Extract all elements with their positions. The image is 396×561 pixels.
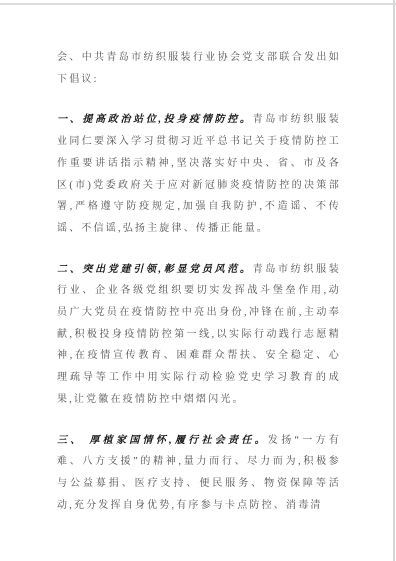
page-top-edge xyxy=(0,3,396,5)
paragraph-1-heading: 一、提高政治站位,投身疫情防控。 xyxy=(57,114,253,125)
document-content: 会、中共青岛市纺织服装行业协会党支部联合发出如下倡议: 一、提高政治站位,投身疫… xyxy=(57,47,341,516)
paragraph-2-heading: 二、突出党建引领,彰显党员风范。 xyxy=(57,264,253,275)
paragraph-1-body: 青岛市纺织服装业同仁要深入学习贯彻习近平总书记关于疫情防控工作重要讲话指示精神,… xyxy=(57,114,341,234)
paragraph-2-body: 青岛市纺织服装行业、企业各级党组织要切实发挥战斗堡垒作用,动员广大党员在疫情防控… xyxy=(57,264,341,405)
paragraph-1: 一、提高政治站位,投身疫情防控。青岛市纺织服装业同仁要深入学习贯彻习近平总书记关… xyxy=(57,109,341,239)
page-right-edge xyxy=(393,0,395,561)
paragraph-3: 三、 厚植家国情怀,履行社会责任。发扬“一方有难、八方支援”的精神,量力而行、尽… xyxy=(57,430,341,517)
paragraph-2: 二、突出党建引领,彰显党员风范。青岛市纺织服装行业、企业各级党组织要切实发挥战斗… xyxy=(57,259,341,411)
paragraph-3-heading: 三、 厚植家国情怀,履行社会责任。 xyxy=(57,435,268,446)
intro-text: 会、中共青岛市纺织服装行业协会党支部联合发出如下倡议: xyxy=(57,52,341,85)
intro-paragraph: 会、中共青岛市纺织服装行业协会党支部联合发出如下倡议: xyxy=(57,47,341,90)
document-page: 会、中共青岛市纺织服装行业协会党支部联合发出如下倡议: 一、提高政治站位,投身疫… xyxy=(0,0,396,561)
